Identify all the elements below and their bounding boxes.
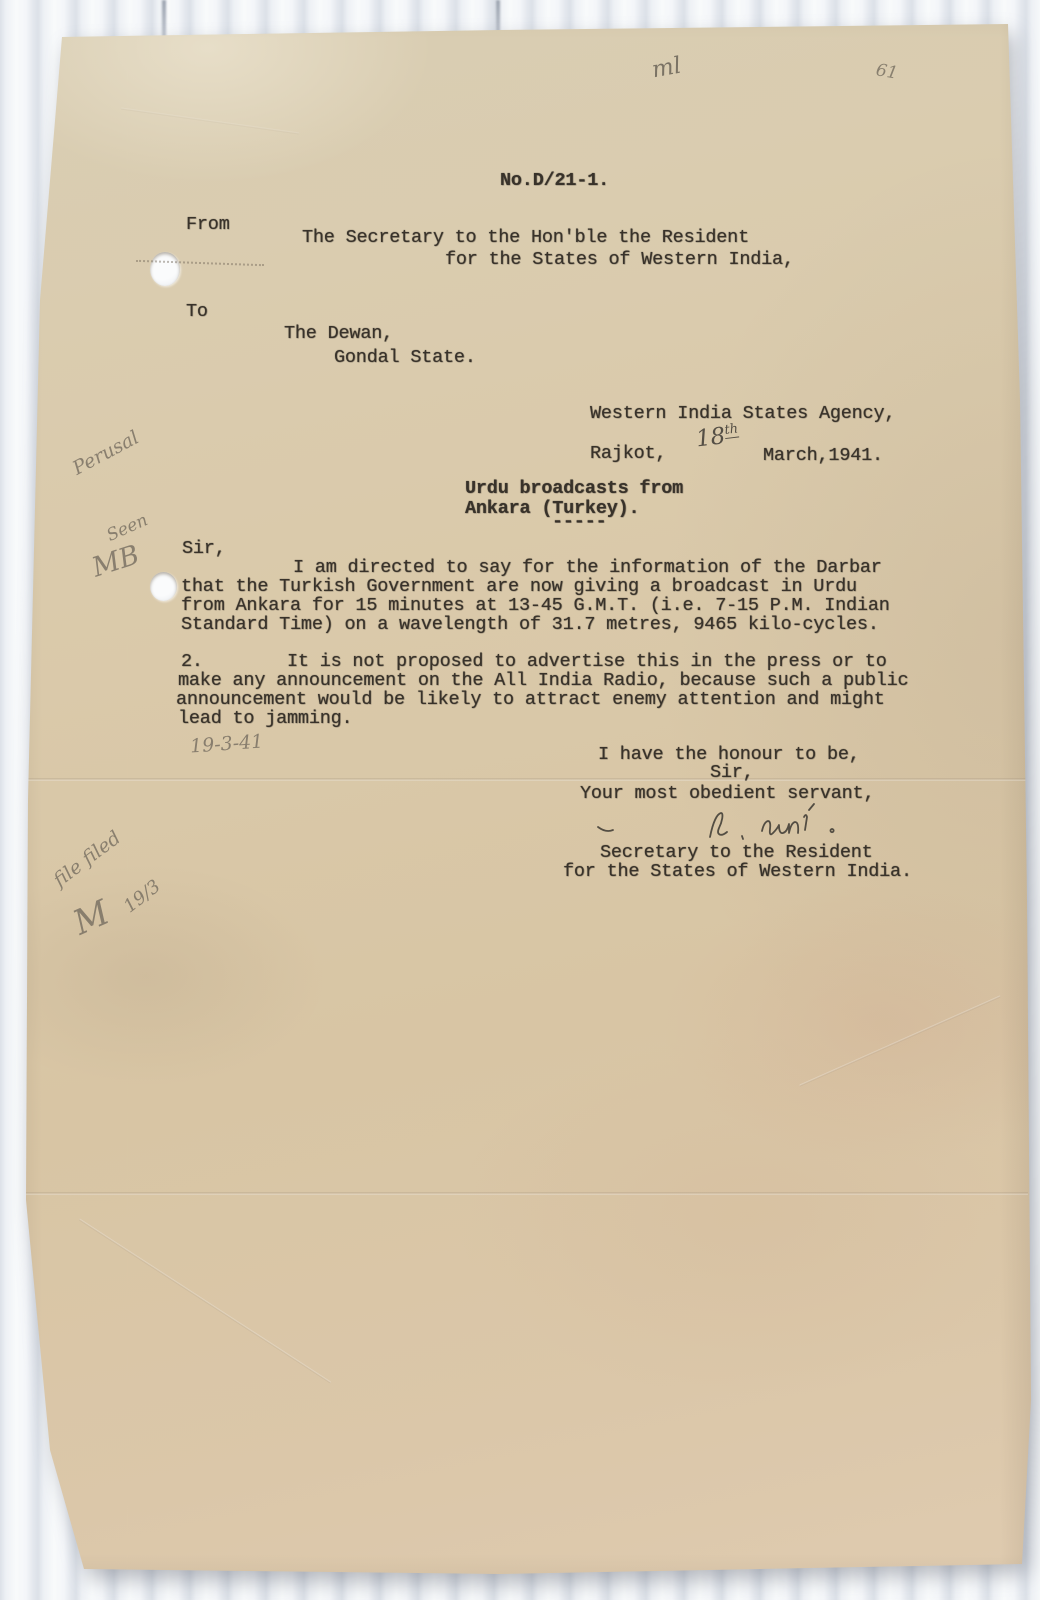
subject-line: Urdu broadcasts from bbox=[465, 479, 683, 499]
to-label: To bbox=[186, 302, 208, 322]
body-line: make any announcement on the All India R… bbox=[178, 671, 908, 691]
filed-initial: M bbox=[67, 893, 115, 944]
filed-note: 19/3 bbox=[120, 876, 165, 917]
margin-note: Perusal bbox=[69, 426, 143, 479]
paragraph-number: 2. bbox=[181, 652, 203, 672]
filed-note: file filed bbox=[49, 827, 125, 892]
typed-date: March,1941. bbox=[763, 446, 883, 466]
signature bbox=[592, 800, 848, 846]
crease-mark bbox=[79, 1218, 332, 1383]
body-line: from Ankara for 15 minutes at 13-45 G.M.… bbox=[181, 596, 890, 616]
letter-paper: No.D/21-1. From The Secretary to the Hon… bbox=[0, 0, 1040, 1600]
closing-line: Sir, bbox=[710, 763, 754, 783]
page-number-note: 61 bbox=[874, 60, 899, 83]
punch-hole bbox=[150, 252, 180, 286]
to-line: The Dewan, bbox=[284, 324, 393, 344]
signoff-line: Secretary to the Resident bbox=[600, 843, 873, 863]
from-line: for the States of Western India, bbox=[445, 250, 794, 270]
punch-hole bbox=[150, 572, 177, 601]
body-line: lead to jamming. bbox=[178, 709, 352, 729]
crease-mark bbox=[121, 107, 300, 134]
subject-rule: ----- bbox=[552, 512, 607, 532]
place-line: Rajkot, bbox=[590, 444, 666, 464]
pencil-scribble: ml bbox=[650, 53, 683, 84]
signoff-line: for the States of Western India. bbox=[563, 862, 912, 882]
body-line: announcement would be likely to attract … bbox=[176, 690, 885, 710]
body-line: that the Turkish Government are now givi… bbox=[181, 577, 857, 597]
margin-initials: MB bbox=[88, 539, 143, 583]
reference-number: No.D/21-1. bbox=[500, 171, 609, 191]
received-date-note: 19-3-41 bbox=[189, 730, 264, 757]
scanned-letter-photo: { "letter": { "ref_no": "No.D/21-1.", "f… bbox=[0, 0, 1040, 1600]
body-line: I am directed to say for the information… bbox=[293, 558, 882, 578]
to-line: Gondal State. bbox=[334, 348, 476, 368]
salutation: Sir, bbox=[182, 539, 226, 559]
fold-line bbox=[26, 1192, 1028, 1195]
handwritten-date: 18th bbox=[695, 421, 741, 452]
crease-mark bbox=[799, 995, 1001, 1086]
agency-line: Western India States Agency, bbox=[590, 404, 895, 424]
fold-line bbox=[26, 778, 1028, 781]
from-label: From bbox=[186, 215, 230, 235]
body-line: It is not proposed to advertise this in … bbox=[287, 652, 887, 672]
paper-wrapper: No.D/21-1. From The Secretary to the Hon… bbox=[0, 0, 1040, 1600]
body-line: Standard Time) on a wavelength of 31.7 m… bbox=[181, 615, 879, 635]
from-line: The Secretary to the Hon'ble the Residen… bbox=[302, 228, 749, 248]
